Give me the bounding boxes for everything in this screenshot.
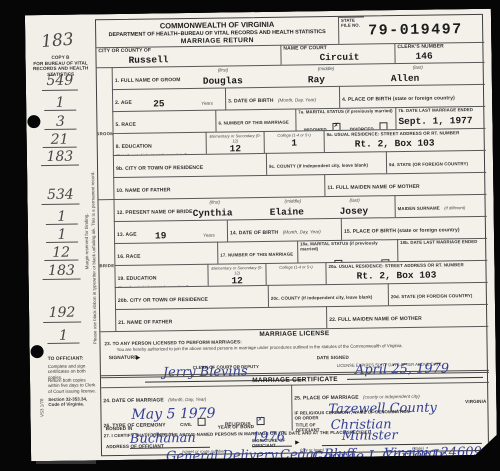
groom-middle-name: Ray: [308, 74, 325, 85]
groom-residence-value: Rt. 2, Box 103: [355, 137, 484, 150]
city-county-value: Russell: [128, 52, 278, 65]
date-of-marriage-label: 24. DATE OF MARRIAGE: [103, 397, 164, 404]
first-hint: (first): [210, 200, 221, 205]
address-of-officiant-label: ADDRESS OF OFFICIANT: [106, 443, 164, 449]
title-of-officiant-label: TITLE OF OFFICIANT: [296, 423, 320, 433]
tally-number: 183: [42, 263, 80, 281]
bride-mother-label: 22. FULL MAIDEN NAME OF MOTHER: [329, 316, 422, 323]
signature-arrow-icon: ►: [135, 355, 142, 362]
hole-punch-bottom: [31, 345, 44, 358]
bride-marital-status-label: 18a. MARITAL STATUS (if previously marri…: [300, 241, 395, 252]
groom-dob-hint: (Month, Day, Year): [278, 97, 316, 103]
bride-dob-hint: (Month, Day, Year): [283, 229, 321, 235]
groom-father-label: 10. NAME OF FATHER: [116, 187, 170, 194]
college-label: College (1-4 or 5+): [268, 264, 323, 270]
virginia-printed: VIRGINIA: [465, 399, 486, 405]
middle-hint: (middle): [318, 66, 335, 71]
groom-pob-label: 4. PLACE OF BIRTH (state or foreign coun…: [342, 95, 455, 103]
groom-county-label: 9c. COUNTY (if independent city, leave b…: [269, 162, 368, 168]
bride-middle-name: Elaine: [270, 206, 304, 217]
bride-last-name: Josey: [340, 206, 369, 217]
maiden-surname-value: [398, 214, 485, 215]
tally-number: 21: [43, 132, 77, 148]
place-of-marriage-hint: (county or independent city): [363, 394, 420, 400]
clerks-number-value: 146: [415, 50, 482, 62]
maiden-surname-label: MAIDEN SURNAME: [398, 206, 440, 212]
date-of-marriage-hint: (Month, Day, Year): [168, 397, 206, 403]
bride-first-name: Cynthia: [193, 207, 233, 219]
bride-county-label: 20c. COUNTY (if independent city, leave …: [271, 294, 373, 300]
signature-label: SIGNATURE: [109, 356, 138, 362]
bride-age-label: 13. AGE: [117, 232, 137, 238]
groom-state-label: 9d. STATE (OR FOREIGN COUNTRY): [389, 161, 468, 167]
groom-last-marriage-label: 7b. DATE LAST MARRIAGE ENDED: [398, 108, 483, 114]
bride-father-label: 21. NAME OF FATHER: [118, 319, 172, 326]
first-hint: (first): [218, 67, 229, 72]
tally-number: 534: [41, 187, 79, 206]
tally-number: 12: [44, 245, 78, 261]
groom-college-value: 1: [267, 137, 322, 149]
bride-age-value: 19: [155, 230, 167, 241]
to-officiant-note-2: Return both copies within five days to C…: [48, 377, 96, 394]
groom-age-label: 2. AGE: [115, 100, 132, 106]
groom-marriage-number-label: 6. NUMBER OF THIS MARRIAGE: [218, 120, 288, 126]
address-street-hint: (street or route number): [182, 449, 226, 455]
bride-marriage-number-label: 17. NUMBER OF THIS MARRIAGE: [220, 252, 293, 258]
paper-sheet: 183 COPY B FOR BUREAU OF VITAL RECORDS A…: [25, 9, 497, 461]
groom-first-name: Douglas: [203, 75, 243, 87]
groom-last-marriage-value: Sept. 1, 1977: [398, 115, 483, 127]
bride-dob-label: 14. DATE OF BIRTH: [230, 230, 278, 237]
groom-marital-status-label: 7a. MARITAL STATUS (if previously marrie…: [298, 109, 393, 115]
bonded-in-hint: (city or county): [146, 431, 174, 436]
tally-number: 1: [46, 209, 78, 225]
title-of-officiant-value: Minister: [342, 428, 398, 444]
officiant-address-state: Virginia 24609: [384, 445, 482, 461]
year-of-bond-value: 1976: [252, 430, 285, 445]
binding-margin: 183 COPY B FOR BUREAU OF VITAL RECORDS A…: [25, 14, 101, 461]
bride-name-label: 12. PRESENT NAME OF BRIDE: [117, 209, 193, 216]
bride-pob-label: 15. PLACE OF BIRTH (state or foreign cou…: [344, 227, 460, 235]
maiden-surname-hint: (if different): [444, 205, 465, 210]
groom-age-value: 25: [153, 98, 165, 109]
hole-punch-top: [27, 115, 40, 128]
address-state-hint: (state): [412, 446, 424, 451]
tally-number: 1: [47, 328, 79, 344]
bride-state-label: 20d. STATE (OR FOREIGN COUNTRY): [391, 293, 473, 299]
groom-dob-label: 3. DATE OF BIRTH: [228, 98, 273, 105]
date-signed-label: DATE SIGNED: [317, 355, 349, 361]
bonded-in-label: BONDED IN: [106, 426, 133, 432]
bride-race-label: 16. RACE: [117, 254, 140, 260]
bride-city-label: 20b. CITY OR TOWN OF RESIDENCE: [118, 297, 208, 304]
groom-residence-label: 9a. USUAL RESIDENCE: STREET ADDRESS OR R…: [327, 130, 484, 137]
margin-note-binding: Margin reserved for binding.: [83, 149, 90, 269]
tally-number: 549: [42, 73, 78, 92]
groom-city-label: 9b. CITY OR TOWN OF RESIDENCE: [116, 165, 203, 172]
groom-race-label: 5. RACE: [115, 122, 136, 128]
state-file-label: STATE FILE NO.: [341, 19, 362, 29]
tally-number: 1: [46, 227, 78, 243]
court-value: Circuit: [319, 51, 392, 63]
bride-education-label: 19. EDUCATION: [118, 275, 157, 282]
tally-number: 183: [41, 149, 79, 167]
bride-residence-label: 20a. USUAL RESIDENCE: STREET ADDRESS OR …: [328, 262, 485, 269]
place-of-marriage-label: 25. PLACE OF MARRIAGE: [294, 395, 358, 402]
tally-number: 192: [43, 305, 81, 324]
middle-hint: (middle): [284, 198, 301, 203]
groom-mother-label: 11. FULL MAIDEN NAME OF MOTHER: [327, 184, 419, 191]
state-file-number: 79-019497: [368, 21, 484, 40]
bride-residence-value: Rt. 2, Box 103: [357, 269, 486, 282]
address-city-hint: (city or town): [300, 447, 324, 452]
groom-education-label: 8. EDUCATION: [116, 144, 152, 151]
year-of-bond-label: YEAR OF BOND: [218, 424, 254, 430]
scanned-marriage-return-document: { "icons": { "arrow": "►" }, "header": {…: [0, 0, 500, 471]
form-code: VS3 1/78: [39, 377, 45, 417]
code-reference: Section 32-353.34, Code of Virginia.: [48, 396, 96, 407]
tally-number: 3: [44, 114, 76, 130]
years-hint: Years: [201, 101, 213, 106]
groom-last-name: Allen: [391, 73, 420, 84]
to-officiant-title: TO OFFICIANT:: [48, 356, 98, 362]
bride-last-marriage-label: 18b. DATE LAST MARRIAGE ENDED: [400, 240, 485, 246]
groom-name-label: 1. FULL NAME OF GROOM: [115, 77, 181, 84]
last-hint: (last): [349, 198, 359, 203]
marriage-return-form: COMMONWEALTH OF VIRGINIA DEPARTMENT OF H…: [95, 14, 489, 456]
years-hint: Years: [203, 233, 215, 238]
last-hint: (last): [413, 65, 423, 70]
handwritten-top-number: 183: [40, 29, 74, 52]
tally-number: 1: [44, 95, 76, 111]
